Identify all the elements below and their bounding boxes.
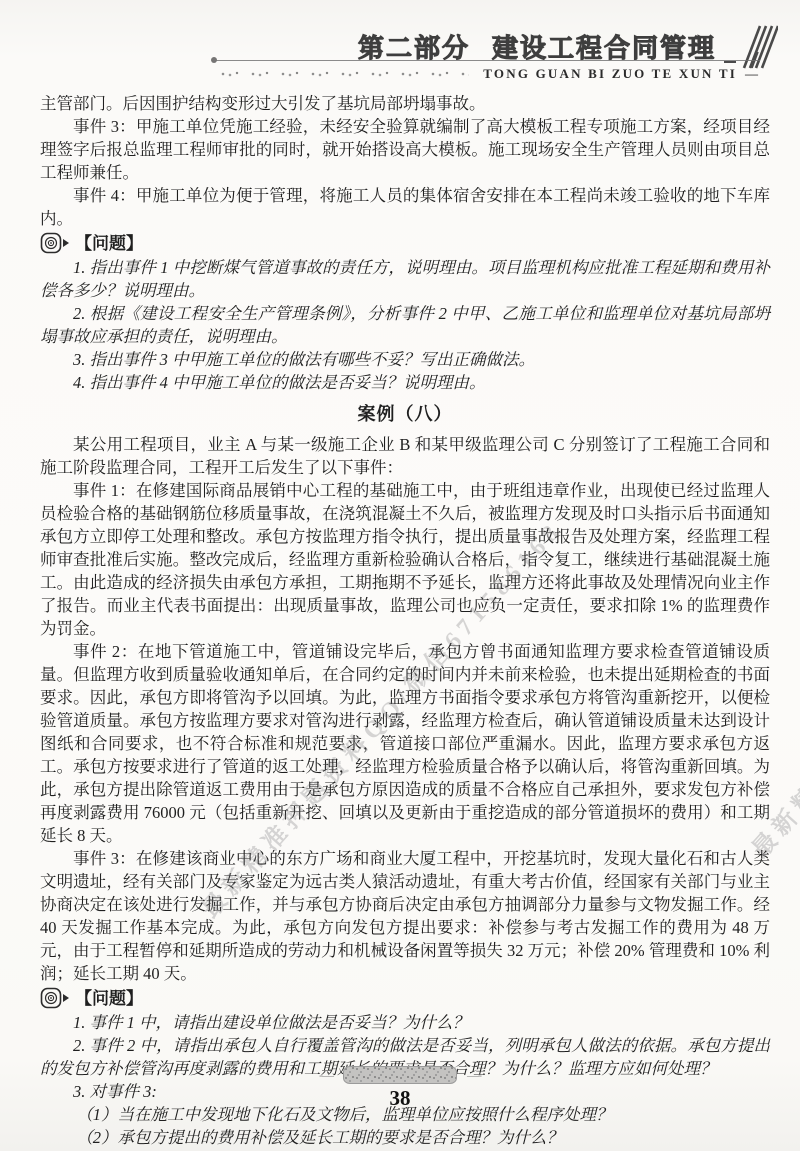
- page-number: 38: [0, 1086, 800, 1111]
- header-rule: [214, 60, 760, 61]
- footer-left-dash: -—: [319, 1068, 333, 1083]
- document-body: 主管部门。后因围护结构变形过大引发了基坑局部坍塌事故。 事件 3：甲施工单位凭施…: [40, 92, 770, 1149]
- rule-dot: [211, 57, 217, 63]
- dot-pattern: [220, 71, 469, 78]
- document-page: 第二部分建设工程合同管理 TONG GUAN BI ZUO TE XUN TI …: [0, 0, 800, 1151]
- questions-label: 【问题】: [75, 232, 143, 255]
- sub-question-item: （2）承包方提出的费用补偿及延长工期的要求是否合理？为什么？: [40, 1126, 770, 1149]
- paragraph-continuation: 主管部门。后因围护结构变形过大引发了基坑局部坍塌事故。: [40, 92, 770, 115]
- event-3-paragraph: 事件 3：在修建该商业中心的东方广场和商业大厦工程中，开挖基坑时，发现大量化石和…: [40, 847, 770, 985]
- question-stamp-icon: [40, 987, 70, 1009]
- question-item: 1. 事件 1 中，请指出建设单位做法是否妥当？为什么？: [40, 1011, 770, 1034]
- footer-texture-bar: [343, 1066, 457, 1084]
- question-item: 4. 指出事件 4 中甲施工单位的做法是否妥当？说明理由。: [40, 371, 770, 394]
- subtitle-dash: —: [745, 66, 758, 82]
- footer-ornament: -— —-: [0, 1066, 800, 1084]
- question-item: 2. 根据《建设工程安全生产管理条例》，分析事件 2 中甲、乙施工单位和监理单位…: [40, 302, 770, 348]
- footer-right-dash: —-: [467, 1068, 481, 1083]
- case-heading: 案例（八）: [40, 403, 770, 426]
- question-item: 1. 指出事件 1 中挖断煤气管道事故的责任方，说明理由。项目监理机构应批准工程…: [40, 256, 770, 302]
- event-2-paragraph: 事件 2：在地下管道施工中，管道铺设完毕后，承包方曾书面通知监理方要求检查管道铺…: [40, 640, 770, 847]
- event-4-paragraph: 事件 4：甲施工单位为便于管理，将施工人员的集体宿舍安排在本工程尚未竣工验收的地…: [40, 184, 770, 230]
- event-1-paragraph: 事件 1：在修建国际商品展销中心工程的基础施工中，由于班组违章作业，出现使已经过…: [40, 479, 770, 640]
- event-3-paragraph: 事件 3：甲施工单位凭施工经验，未经安全验算就编制了高大模板工程专项施工方案，经…: [40, 115, 770, 184]
- question-stamp-icon: [40, 232, 70, 254]
- questions-header: 【问题】: [40, 986, 770, 1010]
- page-footer: -— —- 38: [0, 1066, 800, 1111]
- pinyin-subtitle: TONG GUAN BI ZUO TE XUN TI: [483, 66, 737, 82]
- header-subrow: TONG GUAN BI ZUO TE XUN TI —: [220, 66, 758, 82]
- page-title: 建设工程合同管理: [492, 34, 716, 63]
- part-label: 第二部分: [358, 34, 470, 63]
- question-item: 3. 指出事件 3 中甲施工单位的做法有哪些不妥？写出正确做法。: [40, 348, 770, 371]
- questions-header: 【问题】: [40, 231, 770, 255]
- questions-label: 【问题】: [75, 987, 143, 1010]
- case-intro-paragraph: 某公用工程项目，业主 A 与某一级施工企业 B 和某甲级监理公司 C 分别签订了…: [40, 433, 770, 479]
